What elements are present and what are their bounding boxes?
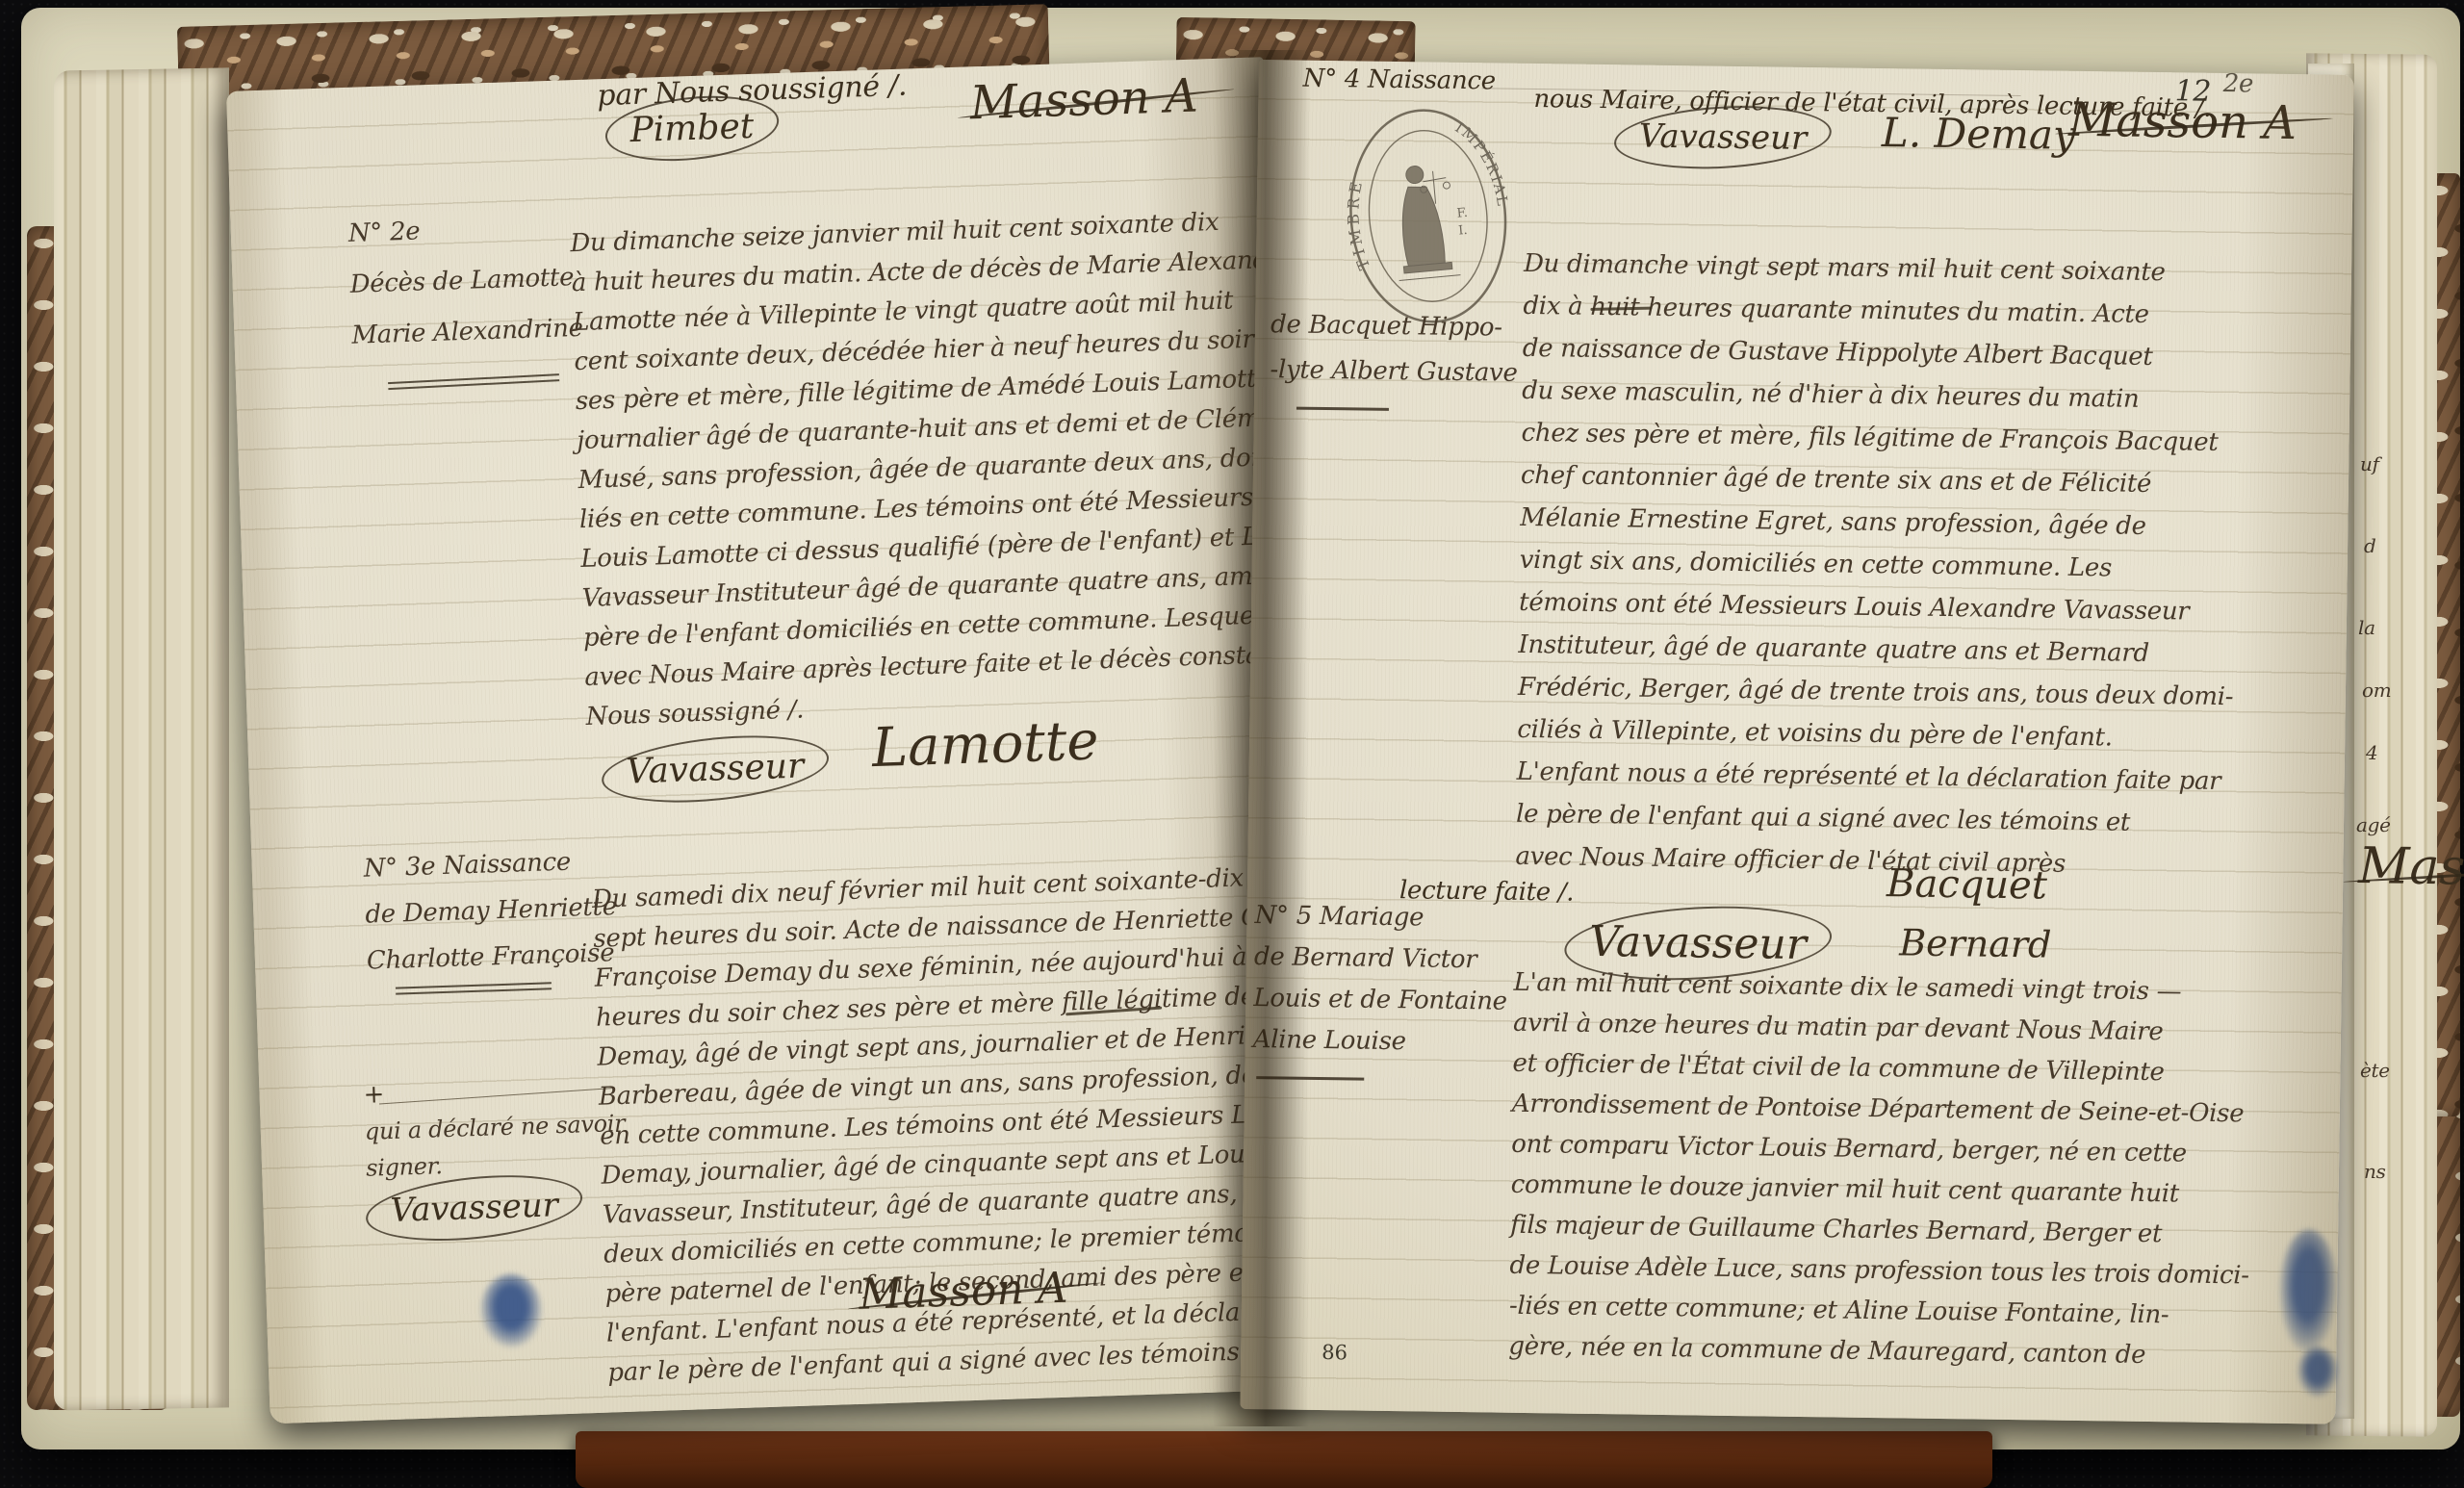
margin-line: N° 5 Mariage bbox=[1254, 895, 1508, 940]
margin-flourish-rule bbox=[396, 982, 552, 994]
margin-line: de Bacquet Hippo- bbox=[1270, 302, 1519, 351]
margin-line: Décès de Lamotte bbox=[349, 252, 582, 311]
timbre-imperial-stamp: TIMBRE IMPÉRIAL F. I. bbox=[1336, 97, 1521, 335]
act4-body: Du dimanche vingt sept mars mil huit cen… bbox=[1515, 243, 2240, 887]
signature-lamotte: Lamotte bbox=[871, 709, 1100, 780]
signature-masson-act4: Masson A bbox=[2358, 837, 2464, 899]
margin-line: Aline Louise bbox=[1252, 1019, 1506, 1065]
edge-text-fragment: ète bbox=[2360, 1059, 2390, 1082]
act5-margin: N° 5 Mariagede Bernard VictorLouis et de… bbox=[1252, 895, 1508, 1065]
book-spine bbox=[576, 1431, 1992, 1488]
right-page: N° 4 Naissance 12 2e nous Maire, officie… bbox=[1240, 60, 2353, 1424]
signature-masson-margin: Masson A bbox=[859, 1264, 1069, 1320]
page-corner-number-alt: 2e bbox=[2223, 69, 2254, 98]
edge-text-fragment: 4 bbox=[2366, 741, 2377, 764]
blue-ink-stain bbox=[479, 1273, 543, 1348]
svg-text:IMPÉRIAL: IMPÉRIAL bbox=[1450, 115, 1511, 212]
edge-text-fragment: agé bbox=[2356, 813, 2391, 836]
margin-line: Marie Alexandrine bbox=[351, 303, 584, 362]
act5-body: L'an mil huit cent soixante dix le samed… bbox=[1508, 962, 2253, 1377]
signature-masson-top: Masson A bbox=[969, 69, 1198, 131]
edge-text-fragment: la bbox=[2358, 616, 2375, 639]
blue-ink-stain bbox=[2278, 1229, 2338, 1353]
edge-text-fragment: d bbox=[2364, 534, 2376, 557]
signature-bernard: Bernard bbox=[1899, 921, 2052, 965]
signature-vavasseur: Vavasseur bbox=[626, 746, 805, 791]
printed-page-number: 86 bbox=[1322, 1341, 1347, 1364]
left-page: par Nous soussigné /. Pimbet Masson A N°… bbox=[226, 57, 1307, 1424]
margin-line: Charlotte Françoise bbox=[366, 930, 619, 985]
signature-masson-carryover: Masson A bbox=[2068, 93, 2297, 150]
edge-text-fragment: uf bbox=[2360, 452, 2379, 475]
margin-line: de Bernard Victor bbox=[1254, 936, 1508, 982]
stamp-text-imperial: IMPÉRIAL bbox=[1450, 115, 1511, 212]
signature-demay: L. Demay bbox=[1882, 109, 2076, 159]
margin-line: Louis et de Fontaine bbox=[1253, 978, 1507, 1023]
signature-pimbet: Pimbet bbox=[629, 107, 755, 150]
edge-text-fragment: ns bbox=[2364, 1160, 2386, 1183]
margin-line: de Demay Henriette bbox=[365, 884, 618, 938]
edge-text-fragment: om bbox=[2362, 679, 2391, 702]
blue-ink-stain bbox=[2297, 1347, 2339, 1398]
margin-line: N° 2e bbox=[347, 201, 580, 260]
act2-margin: N° 2eDécès de LamotteMarie Alexandrine bbox=[347, 201, 583, 362]
signature-vavasseur-margin: Vavasseur bbox=[390, 1186, 559, 1230]
insertion-caret-mark: + bbox=[363, 1080, 384, 1110]
margin-rule bbox=[1296, 407, 1389, 411]
seated-justice-figure bbox=[1389, 163, 1460, 280]
left-page-edge-stack bbox=[54, 67, 229, 1410]
stamp-letter-i: I. bbox=[1458, 223, 1469, 239]
act3-margin-note: qui a déclaré ne savoirsigner. bbox=[364, 1105, 627, 1187]
signature-vavasseur-top: Vavasseur bbox=[1639, 117, 1808, 158]
margin-flourish-rule bbox=[388, 373, 559, 390]
act4-number-margin: N° 4 Naissance bbox=[1303, 64, 1496, 96]
stamp-letter-f: F. bbox=[1456, 206, 1468, 221]
margin-note-rule bbox=[379, 1088, 612, 1104]
act3-margin: N° 3e Naissancede Demay HenrietteCharlot… bbox=[363, 837, 619, 985]
act4-margin: de Bacquet Hippo--lyte Albert Gustave bbox=[1270, 302, 1518, 397]
signature-vavasseur-act4: Vavasseur bbox=[1589, 917, 1807, 969]
margin-line: N° 3e Naissance bbox=[363, 837, 616, 892]
margin-line: -lyte Albert Gustave bbox=[1270, 347, 1518, 397]
margin-rule bbox=[1256, 1076, 1364, 1081]
signature-bacquet: Bacquet bbox=[1886, 861, 2047, 908]
